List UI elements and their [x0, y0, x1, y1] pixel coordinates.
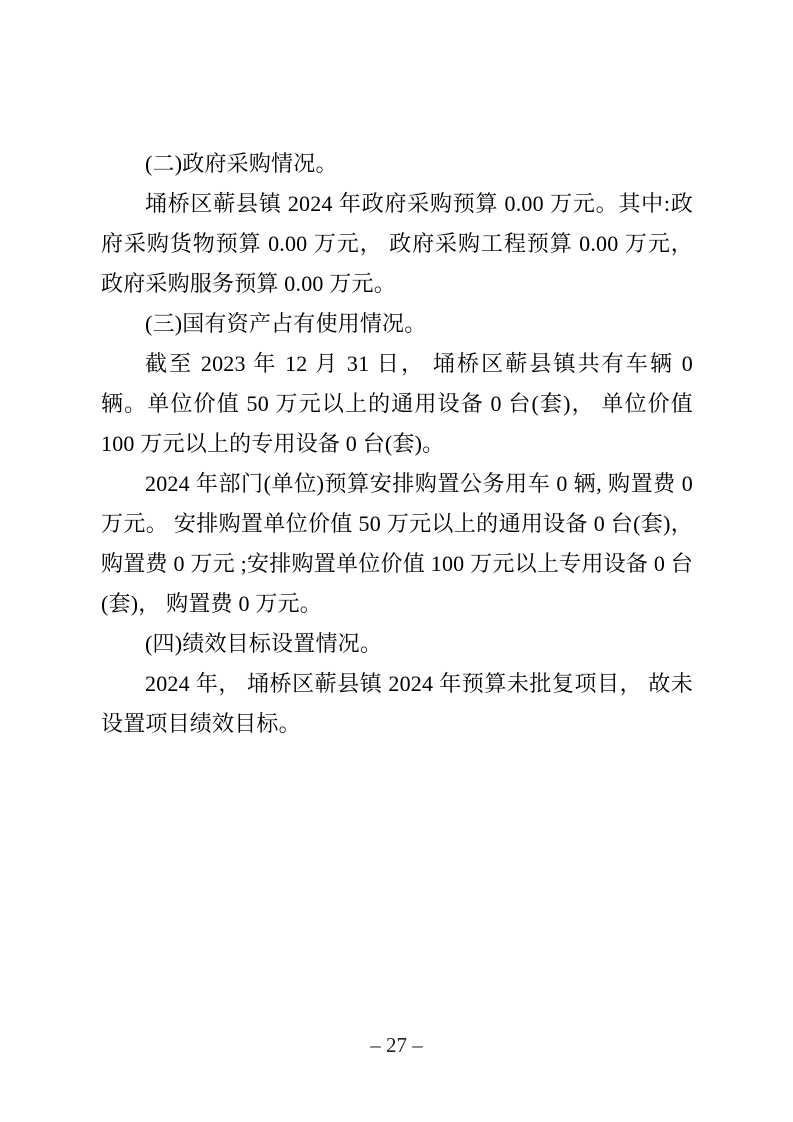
paragraph: 2024 年， 埇桥区蕲县镇 2024 年预算未批复项目， 故未设置项目绩效目标… — [101, 664, 693, 744]
page-number: – 27 – — [370, 1033, 423, 1057]
paragraph: 埇桥区蕲县镇 2024 年政府采购预算 0.00 万元。其中:政府采购货物预算 … — [101, 184, 693, 304]
paragraph: (二)政府采购情况。 — [101, 144, 693, 184]
paragraph: 2024 年部门(单位)预算安排购置公务用车 0 辆, 购置费 0 万元。 安排… — [101, 464, 693, 624]
page-footer: – 27 – — [0, 1032, 793, 1058]
document-body: (二)政府采购情况。埇桥区蕲县镇 2024 年政府采购预算 0.00 万元。其中… — [101, 144, 693, 744]
paragraph: 截至 2023 年 12 月 31 日， 埇桥区蕲县镇共有车辆 0 辆。单位价值… — [101, 344, 693, 464]
paragraph: (三)国有资产占有使用情况。 — [101, 304, 693, 344]
document-page: (二)政府采购情况。埇桥区蕲县镇 2024 年政府采购预算 0.00 万元。其中… — [0, 0, 793, 1122]
paragraph: (四)绩效目标设置情况。 — [101, 624, 693, 664]
